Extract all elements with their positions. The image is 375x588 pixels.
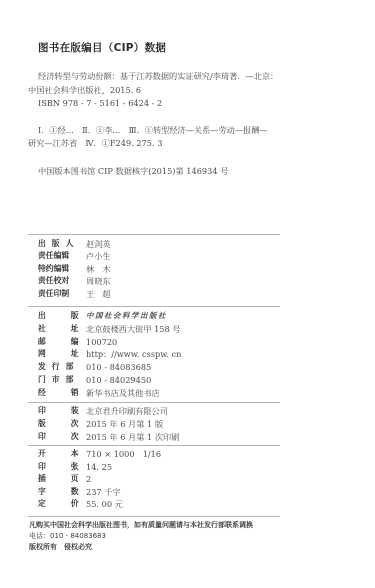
publisher-value: 100720 — [80, 336, 117, 349]
publisher-label: 邮编 — [38, 336, 80, 349]
cip-entry-line-1: 经济转型与劳动份额：基于江苏数据的实证研究/李琦著．—北京： — [28, 70, 298, 84]
publisher-info: 出版 中国社会科学出版社 社址 北京鼓楼西大街甲 158 号 邮编 100720… — [38, 310, 181, 400]
staff-list: 出版人 赵剑英 责任编辑 卢小生 特约编辑 林 木 责任校对 周晓东 责任印制 … — [38, 238, 111, 300]
publisher-row: 邮编 100720 — [38, 336, 181, 349]
cip-subject-line-1: Ⅰ．①经… Ⅱ．①李… Ⅲ．①转型经济—关系—劳动—报酬— — [28, 124, 298, 138]
contact-phone: 电话：010 - 84083683 — [29, 531, 253, 542]
printing-label: 版次 — [38, 418, 80, 431]
quality-notice: 凡购买中国社会科学出版社图书，如有质量问题请与本社发行部联系调换 — [29, 520, 253, 531]
printing-label: 印次 — [38, 431, 80, 444]
spec-label: 定价 — [38, 498, 80, 511]
publisher-website: http：//www. csspw. cn — [80, 348, 181, 361]
cip-entry-line-2: 中国社会科学出版社，2015. 6 — [28, 84, 298, 98]
staff-label: 责任编辑 — [38, 250, 80, 262]
copyright-notice: 版权所有 侵权必究 — [29, 542, 253, 553]
staff-row: 责任校对 周晓东 — [38, 275, 111, 287]
printing-info: 印装 北京君升印刷有限公司 版次 2015 年 6 月第 1 版 印次 2015… — [38, 405, 179, 443]
staff-label: 特约编辑 — [38, 263, 80, 275]
staff-label: 责任校对 — [38, 275, 80, 287]
footer-notice: 凡购买中国社会科学出版社图书，如有质量问题请与本社发行部联系调换 电话：010 … — [29, 520, 253, 553]
staff-row: 特约编辑 林 木 — [38, 263, 111, 275]
publisher-value: 010 - 84083685 — [80, 361, 151, 374]
spec-row: 插页 2 — [38, 473, 161, 486]
spec-row: 印张 14. 25 — [38, 461, 161, 474]
publisher-value: 010 - 84029450 — [80, 374, 151, 387]
staff-row: 责任编辑 卢小生 — [38, 250, 111, 262]
publisher-label: 发行部 — [38, 361, 80, 374]
spec-value: 14. 25 — [80, 461, 112, 474]
spec-value: 2 — [80, 473, 91, 486]
staff-value: 赵剑英 — [80, 238, 111, 250]
spec-label: 插页 — [38, 473, 80, 486]
publisher-row: 出版 中国社会科学出版社 — [38, 310, 181, 323]
cip-subject-line-2: 研究—江苏省 Ⅳ．①F249. 275. 3 — [28, 137, 298, 151]
spec-label: 开本 — [38, 448, 80, 461]
spec-value: 237 千字 — [80, 486, 121, 499]
spec-row: 字数 237 千字 — [38, 486, 161, 499]
divider — [28, 516, 280, 517]
staff-row: 出版人 赵剑英 — [38, 238, 111, 250]
publisher-value: 北京鼓楼西大街甲 158 号 — [80, 323, 181, 336]
publisher-row: 门市部 010 - 84029450 — [38, 374, 181, 387]
publisher-row: 发行部 010 - 84083685 — [38, 361, 181, 374]
staff-value: 周晓东 — [80, 275, 111, 287]
price-value: 55. 00 元 — [80, 498, 123, 511]
staff-value: 林 木 — [80, 263, 111, 275]
cip-entry: 经济转型与劳动份额：基于江苏数据的实证研究/李琦著．—北京： 中国社会科学出版社… — [28, 70, 298, 151]
divider — [28, 402, 280, 403]
staff-label: 责任印制 — [38, 288, 80, 300]
publisher-label: 社址 — [38, 323, 80, 336]
spec-label: 字数 — [38, 486, 80, 499]
publisher-label: 门市部 — [38, 374, 80, 387]
publisher-label: 出版 — [38, 310, 80, 323]
publisher-label: 经销 — [38, 387, 80, 400]
spec-row: 开本 710 × 1000 1/16 — [38, 448, 161, 461]
publisher-row: 社址 北京鼓楼西大街甲 158 号 — [38, 323, 181, 336]
publisher-row: 经销 新华书店及其他书店 — [38, 387, 181, 400]
spec-value: 710 × 1000 1/16 — [80, 448, 161, 461]
copyright-page: 图书在版编目（CIP）数据 经济转型与劳动份额：基于江苏数据的实证研究/李琦著．… — [0, 0, 375, 588]
publisher-value: 新华书店及其他书店 — [80, 387, 160, 400]
printing-row: 版次 2015 年 6 月第 1 版 — [38, 418, 179, 431]
staff-label: 出版人 — [38, 238, 80, 250]
cip-title: 图书在版编目（CIP）数据 — [38, 40, 166, 55]
printing-value: 2015 年 6 月第 1 版 — [80, 418, 163, 431]
staff-value: 王 超 — [80, 288, 111, 300]
staff-value: 卢小生 — [80, 250, 111, 262]
printing-row: 印装 北京君升印刷有限公司 — [38, 405, 179, 418]
publisher-row: 网址 http：//www. csspw. cn — [38, 348, 181, 361]
publisher-label: 网址 — [38, 348, 80, 361]
publisher-name-calligraphy: 中国社会科学出版社 — [80, 310, 167, 323]
spec-label: 印张 — [38, 461, 80, 474]
staff-row: 责任印制 王 超 — [38, 288, 111, 300]
printing-row: 印次 2015 年 6 月第 1 次印刷 — [38, 431, 179, 444]
printing-label: 印装 — [38, 405, 80, 418]
cip-isbn: ISBN 978 - 7 - 5161 - 6424 - 2 — [28, 97, 298, 111]
divider — [28, 234, 280, 235]
cip-library-number: 中国版本图书馆 CIP 数据核字(2015)第 146934 号 — [38, 166, 228, 177]
divider — [28, 306, 280, 307]
spec-info: 开本 710 × 1000 1/16 印张 14. 25 插页 2 字数 237… — [38, 448, 161, 511]
printing-value: 2015 年 6 月第 1 次印刷 — [80, 431, 179, 444]
divider — [28, 445, 280, 446]
spec-row: 定价 55. 00 元 — [38, 498, 161, 511]
printing-value: 北京君升印刷有限公司 — [80, 405, 168, 418]
